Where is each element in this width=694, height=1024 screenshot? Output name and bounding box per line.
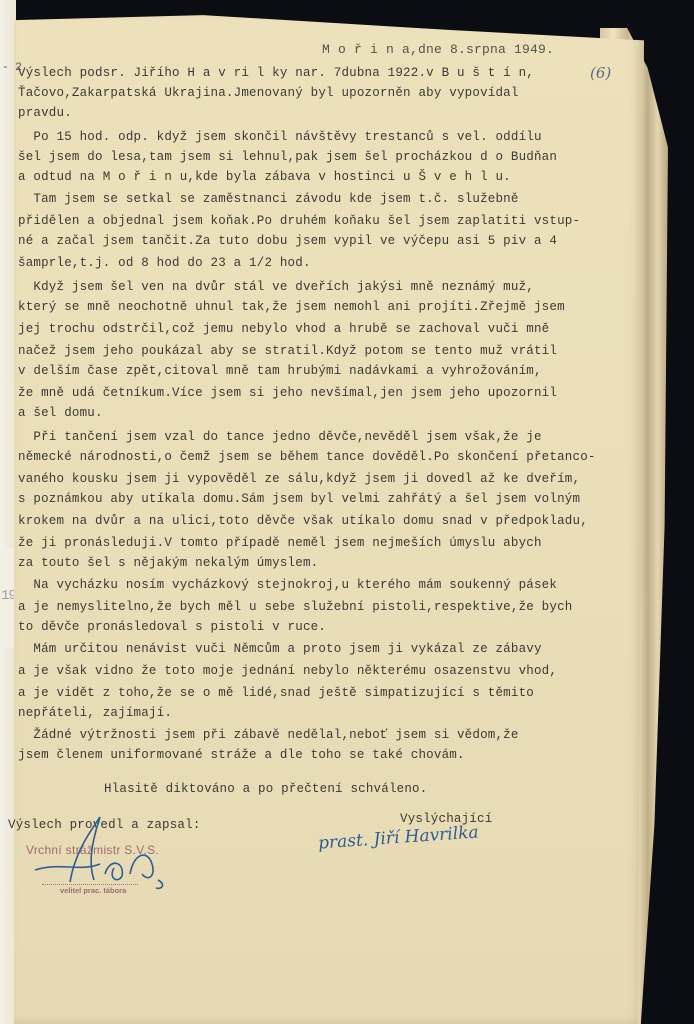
body-line: Tam jsem se setkal se zaměstnanci závodu… [18, 192, 519, 206]
body-line: Po 15 hod. odp. když jsem skončil návště… [18, 130, 542, 144]
body-line: německé národnosti,o čemž jsem se během … [18, 450, 596, 464]
handwritten-signature-left-icon [30, 812, 170, 892]
body-line: vaného kousku jsem ji vypověděl ze sálu,… [18, 472, 580, 486]
closing-statement: Hlasitě diktováno a po přečtení schválen… [104, 782, 427, 796]
body-line: Výslech podsr. Jiřího H a v ri l ky nar.… [18, 66, 534, 80]
body-line: že ji pronásleduji.V tomto případě neměl… [18, 536, 542, 550]
body-line: pravdu. [18, 106, 72, 120]
body-line: a odtud na M o ř i n u,kde byla zábava v… [18, 170, 511, 184]
body-line: Když jsem šel ven na dvůr stál ve dveříc… [18, 280, 534, 294]
body-line: krokem na dvůr a na ulici,toto děvče vša… [18, 514, 588, 528]
stamp-subtitle: velitel prac. tábora [60, 886, 126, 895]
body-line: Na vycházku nosím vycházkový stejnokroj,… [18, 578, 557, 592]
body-line: přidělen a objednal jsem koňak.Po druhém… [18, 214, 580, 228]
body-line: který se mně neochotně uhnul tak,že jsem… [18, 300, 565, 314]
body-line: Ťačovo,Zakarpatská Ukrajina.Jmenovaný by… [18, 86, 519, 100]
body-line: a šel domu. [18, 406, 103, 420]
body-line: nepřáteli, zajímají. [18, 706, 172, 720]
document-header-place-date: M o ř i n a,dne 8.srpna 1949. [322, 42, 554, 57]
body-line: v delším čase zpět,citoval mně tam hrubý… [18, 364, 542, 378]
body-line: za touto šel s nějakým nekalým úmyslem. [18, 556, 318, 570]
body-line: šel jsem do lesa,tam jsem si lehnul,pak … [18, 150, 557, 164]
body-line: né a začal jsem tančit.Za tuto dobu jsem… [18, 234, 557, 248]
body-line: a je však vidno že toto moje jednání neb… [18, 664, 557, 678]
body-line: Žádné výtržnosti jsem při zábavě nedělal… [18, 728, 519, 742]
body-line: Při tančení jsem vzal do tance jedno děv… [18, 430, 542, 444]
body-line: a je vidět z toho,že se o mě lidé,snad j… [18, 686, 534, 700]
body-line: Mám určitou nenávist vuči Němcům a proto… [18, 642, 542, 656]
body-line: s poznámkou aby utíkala domu.Sám jsem by… [18, 492, 580, 506]
body-line: to děvče pronásledoval s pistoli v ruce. [18, 620, 326, 634]
body-line: a je nemyslitelno,že bych měl u sebe slu… [18, 600, 573, 614]
body-line: že mně udá četníkum.Více jsem si jeho ne… [18, 386, 557, 400]
body-line: načež jsem jeho poukázal aby se stratil.… [18, 344, 557, 358]
handwritten-page-number: (6) [590, 64, 611, 82]
adjacent-page-strip [0, 0, 16, 1024]
body-line: jej trochu odstrčil,což jemu nebylo vhod… [18, 322, 549, 336]
body-line: jsem členem uniformované stráže a dle to… [18, 748, 465, 762]
signature-dotted-line [42, 884, 138, 885]
body-line: šamprle,t.j. od 8 hod do 23 a 1/2 hod. [18, 256, 311, 270]
